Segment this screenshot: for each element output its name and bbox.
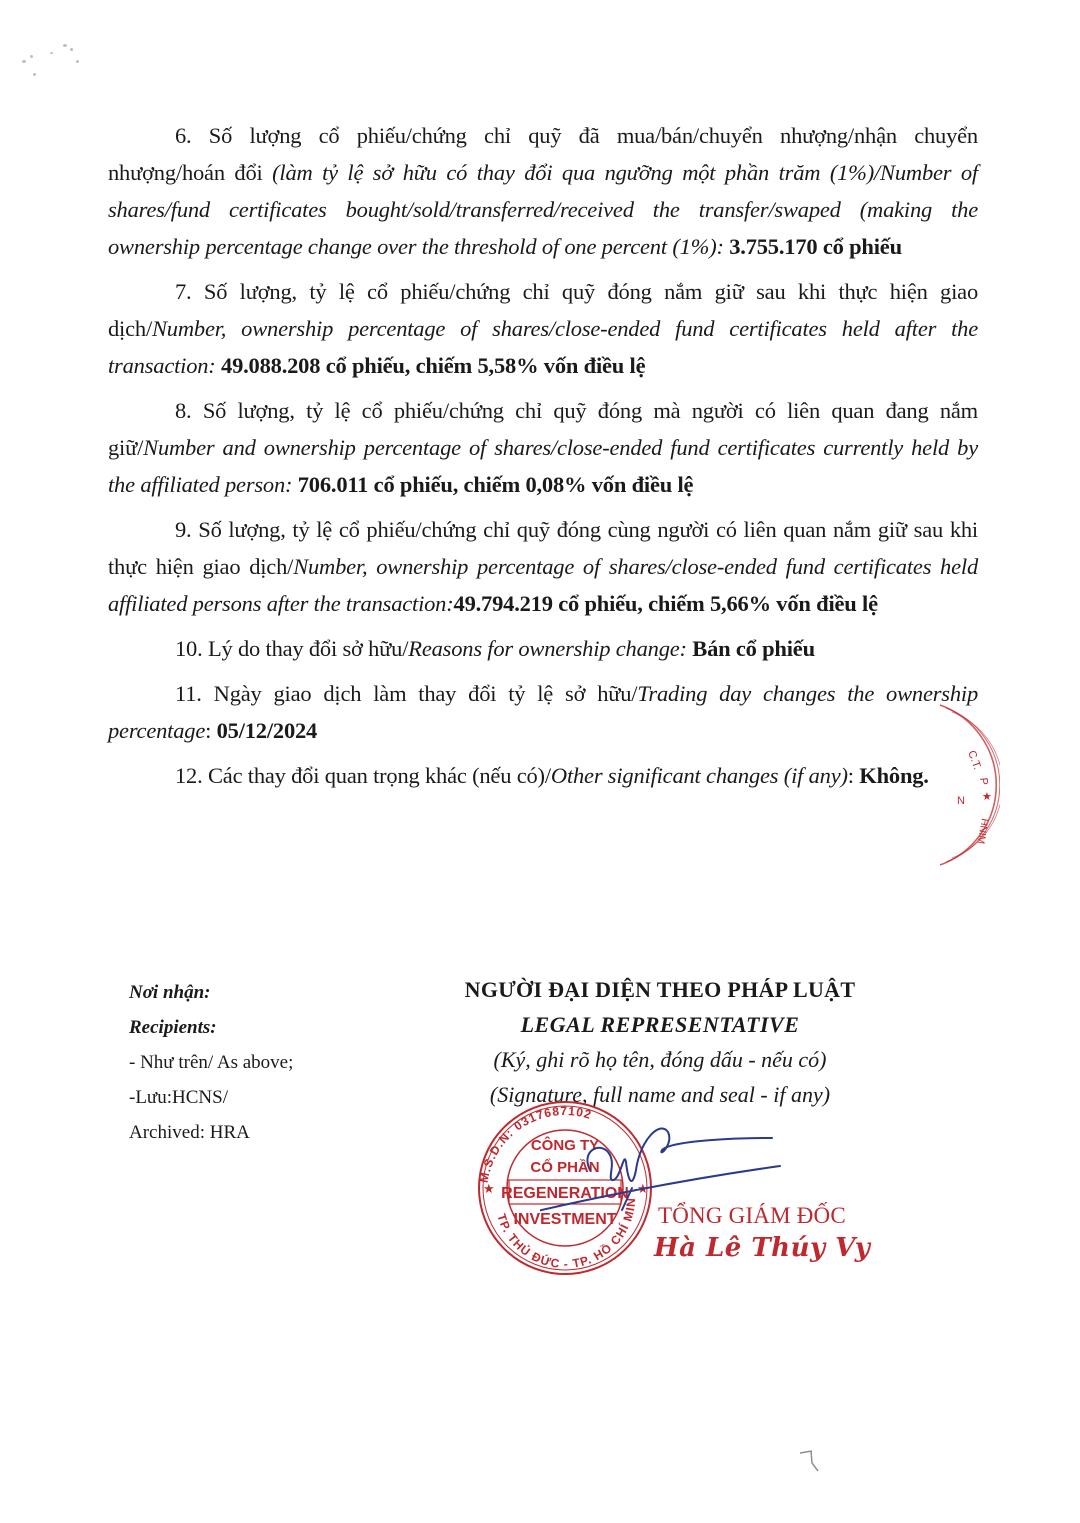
recipient-line: Archived: HRA [129,1115,293,1150]
signer-position: TỔNG GIÁM ĐỐC [658,1203,846,1229]
signature-title-vi: NGƯỜI ĐẠI DIỆN THEO PHÁP LUẬT [420,972,900,1007]
recipients-block: Nơi nhận: Recipients: - Như trên/ As abo… [129,975,293,1150]
item-number: 7. [175,279,191,304]
signature-title-en: LEGAL REPRESENTATIVE [420,1007,900,1042]
item-number: 10. [175,636,203,661]
item-11: 11. Ngày giao dịch làm thay đổi tỷ lệ sở… [108,675,978,749]
item-number: 9. [175,517,191,542]
svg-text:HNIM: HNIM [975,817,990,844]
item-value: 49.088.208 cổ phiếu, chiếm 5,58% vốn điề… [221,353,645,378]
item-label-en: Other significant changes (if any) [551,763,848,788]
recipients-label-en: Recipients: [129,1010,293,1045]
svg-text:★: ★ [982,791,992,803]
scan-speck [22,60,26,63]
item-value: 706.011 cổ phiếu, chiếm 0,08% vốn điều l… [298,472,694,497]
item-6: 6. Số lượng cổ phiếu/chứng chỉ quỹ đã mu… [108,117,978,265]
item-10: 10. Lý do thay đổi sở hữu/Reasons for ow… [108,630,978,667]
scan-speck [70,48,73,51]
item-12: 12. Các thay đổi quan trọng khác (nếu có… [108,757,978,794]
scan-speck [33,73,36,76]
item-label-vi: Ngày giao dịch làm thay đổi tỷ lệ sở hữu… [214,681,638,706]
svg-text:★: ★ [483,1181,495,1196]
signature-note-vi: (Ký, ghi rõ họ tên, đóng dấu - nếu có) [420,1042,900,1077]
item-label-en: Reasons for ownership change: [408,636,692,661]
scan-speck [76,60,79,63]
item-separator: : [205,718,216,743]
item-value: 49.794.219 cổ phiếu, chiếm 5,66% vốn điề… [454,591,878,616]
item-value: 05/12/2024 [217,718,318,743]
item-label-vi: Lý do thay đổi sở hữu/ [208,636,408,661]
item-number: 6. [175,123,191,148]
edge-seal-stamp: C.T. P ★ HNIM N [930,700,1000,870]
scan-mark [798,1445,828,1475]
item-value: 3.755.170 cổ phiếu [729,234,902,259]
recipient-line: - Như trên/ As above; [129,1045,293,1080]
item-separator: : [848,763,859,788]
item-number: 11. [175,681,202,706]
svg-text:P: P [977,777,990,785]
item-number: 12. [175,763,203,788]
item-label-vi: Các thay đổi quan trọng khác (nếu có)/ [208,763,551,788]
item-number: 8. [175,398,191,423]
item-value: Bán cổ phiếu [692,636,815,661]
document-page: 6. Số lượng cổ phiếu/chứng chỉ quỹ đã mu… [0,0,1080,1523]
edge-seal-text: C.T. [965,749,983,771]
scan-speck [63,44,67,47]
edge-seal-letter: N [957,795,965,807]
item-value: Không. [859,763,928,788]
recipient-line: -Lưu:HCNS/ [129,1080,293,1115]
item-7: 7. Số lượng, tỷ lệ cổ phiếu/chứng chỉ qu… [108,273,978,384]
signer-name: Hà Lê Thúy Vy [654,1233,870,1263]
item-8: 8. Số lượng, tỷ lệ cổ phiếu/chứng chỉ qu… [108,392,978,503]
recipients-label-vi: Nơi nhận: [129,975,293,1010]
scan-speck [50,52,53,54]
signature-block: NGƯỜI ĐẠI DIỆN THEO PHÁP LUẬT LEGAL REPR… [420,972,900,1112]
scan-speck [30,55,33,58]
document-body: 6. Số lượng cổ phiếu/chứng chỉ quỹ đã mu… [108,117,978,802]
item-9: 9. Số lượng, tỷ lệ cổ phiếu/chứng chỉ qu… [108,511,978,622]
